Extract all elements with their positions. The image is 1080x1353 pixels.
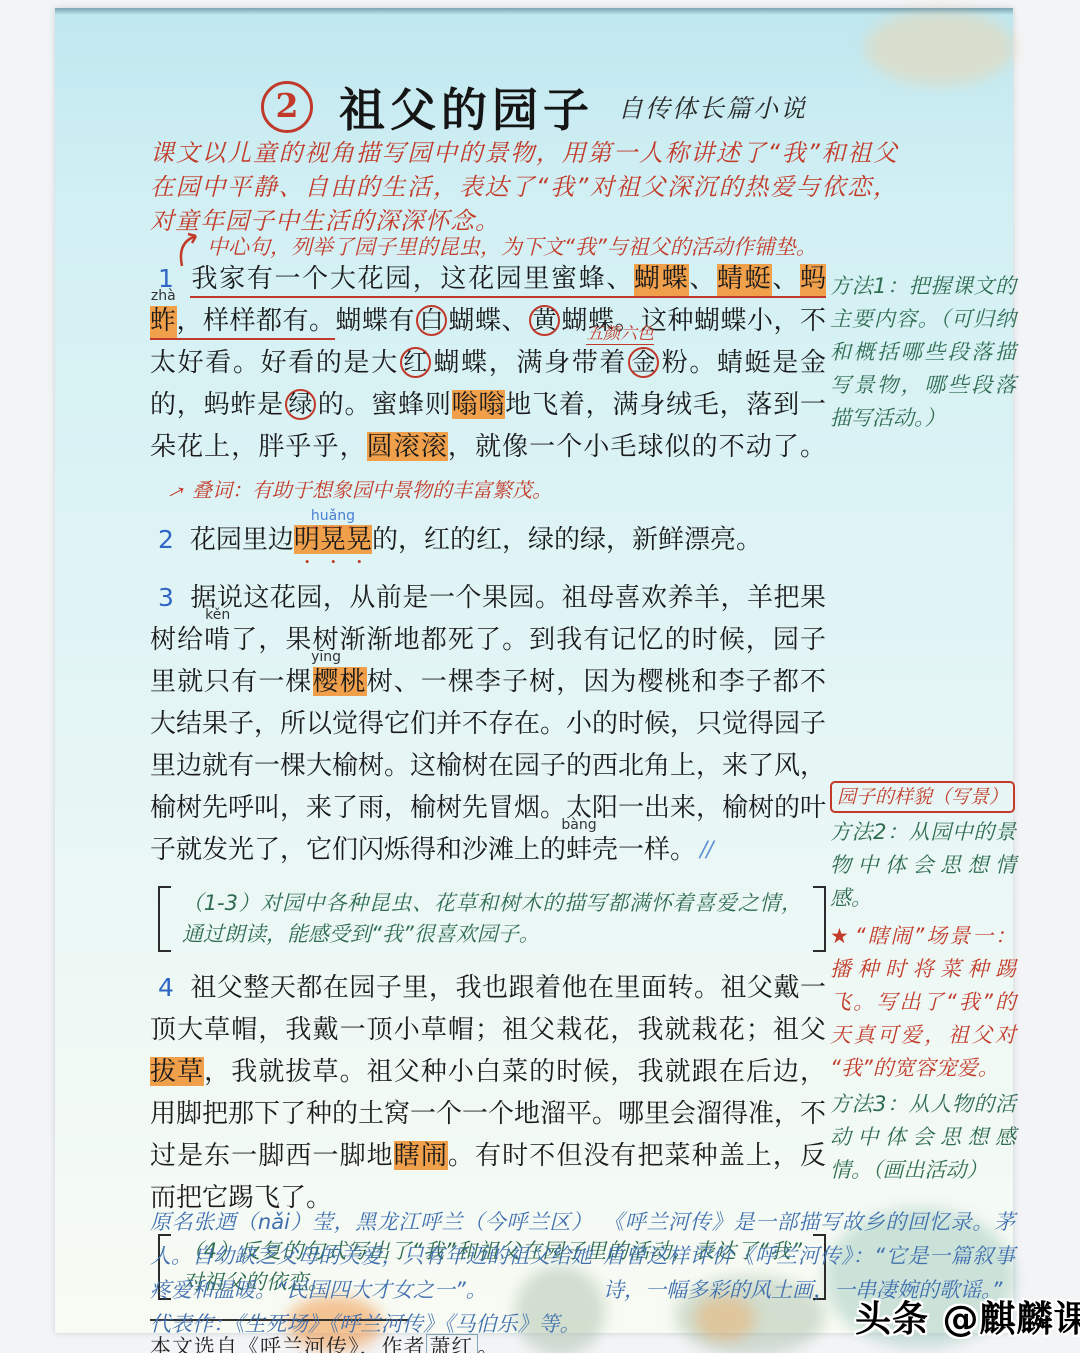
text-segment: 瞎闹: [394, 1141, 448, 1170]
text-segment: 拔草: [150, 1057, 204, 1086]
text-segment: ，就像一个小毛球似的不动了。: [448, 432, 826, 461]
text-segment: 蜻蜓: [717, 264, 772, 298]
paragraph-4: 4祖父整天都在园子里，我也跟着他在里面转。祖父戴一顶大草帽，我戴一顶小草帽；祖父…: [150, 967, 826, 1219]
text-segment: →: [154, 464, 197, 513]
text-segment: 的。蜜蜂则: [317, 390, 452, 419]
text-segment: 晃huǎng: [320, 525, 346, 554]
margin-note-method2: 方法2：从园中的景物中体会思想情感。: [830, 816, 1016, 915]
author-bio-p2: 代表作：《生死场》《呼兰河传》《马伯乐》等。: [150, 1307, 592, 1341]
text-segment: 蚂: [800, 264, 826, 298]
margin-note-scene1: ★“瞎闹”场景一：播种时将菜种踢飞。写出了“我”的天真可爱，祖父对“我”的宽容宠…: [830, 920, 1016, 1085]
scene1-text: “瞎闹”场景一：播种时将菜种踢飞。写出了“我”的天真可爱，祖父对“我”的宽容宠爱…: [830, 924, 1016, 1080]
paragraph-1: 1我家有一个大花园，这花园里蜜蜂、蝴蝶、蜻蜓、蚂蚱zhà，样样都有。蝴蝶有白蝴蝶…: [150, 258, 826, 511]
lesson-number-badge: 2: [261, 81, 313, 133]
star-icon: ★: [830, 924, 851, 948]
author-bio-p1: 原名张迺（nǎi）莹，黑龙江呼兰（今呼兰区）人。自幼缺乏父母的关爱，只有年迈的祖…: [150, 1205, 592, 1307]
text-segment: 蝴蝶有: [335, 306, 415, 335]
lesson-summary: 课文以儿童的视角描写园中的景物，用第一人称讲述了“我”和祖父在园中平静、自由的生…: [150, 136, 898, 238]
text-segment: ，样样都有。: [177, 306, 336, 340]
author-bio-column: 原名张迺（nǎi）莹，黑龙江呼兰（今呼兰区）人。自幼缺乏父母的关爱，只有年迈的祖…: [150, 1205, 592, 1341]
text-segment: 啃kěn: [204, 625, 231, 654]
inline-annotation: 五颜六色: [586, 326, 654, 345]
text-segment: 桃: [340, 667, 367, 696]
textbook-page: 2 祖父的园子 自传体长篇小说 课文以儿童的视角描写园中的景物，用第一人称讲述了…: [55, 8, 1013, 1333]
pinyin-label: huǎng: [311, 508, 355, 532]
page-title: 祖父的园子: [339, 85, 594, 136]
text-segment: 嗡嗡: [452, 390, 506, 419]
text-segment: 红: [400, 347, 431, 378]
text-segment: 壳一样。: [592, 835, 696, 864]
text-segment: 黄: [529, 305, 560, 336]
paragraph-2: 2花园里边明晃huǎng晃的，红的红，绿的绿，新鲜漂亮。: [150, 519, 826, 569]
margin-note-method3: 方法3：从人物的活动中体会思想感情。（画出活动）: [830, 1088, 1016, 1187]
watermark: 头条 @麒麟课堂: [855, 1291, 1080, 1342]
pinyin-label: kěn: [205, 608, 230, 622]
text-segment: 樱yīng: [313, 667, 340, 696]
paragraphs: 1我家有一个大花园，这花园里蜜蜂、蝴蝶、蜻蜓、蚂蚱zhà，样样都有。蝴蝶有白蝴蝶…: [150, 258, 826, 1353]
text-segment: 金五颜六色: [628, 347, 659, 378]
main-text-column: 1我家有一个大花园，这花园里蜜蜂、蝴蝶、蜻蜓、蚂蚱zhà，样样都有。蝴蝶有白蝴蝶…: [150, 258, 826, 1353]
bracket-note-1: （1-3）对园中各种昆虫、花草和树木的描写都满怀着喜爱之情，通过朗读，能感受到“…: [158, 883, 826, 955]
text-segment: 圆滚滚: [367, 432, 448, 461]
text-segment: 蝴蝶、: [448, 306, 528, 335]
title-row: 2 祖父的园子 自传体长篇小说: [55, 74, 1013, 140]
textbook-screenshot: { "colors":{ "accent_red":"#c23a28", "hi…: [0, 0, 1080, 1353]
text-segment: 祖父整天都在园子里，我也跟着他在里面转。祖父戴一顶大草帽，我戴一顶小草帽；祖父栽…: [150, 973, 826, 1044]
text-segment: 叠词：有助于想象园中景物的丰富繁茂。: [192, 478, 552, 502]
paragraph-number: 3: [158, 583, 174, 612]
genre-tag: 自传体长篇小说: [618, 96, 807, 123]
text-segment: //: [696, 835, 712, 864]
text-segment: 我家有一个大花园，这花园里蜜蜂、: [190, 264, 634, 298]
scene-label-box: 园子的样貌（写景）: [830, 781, 1015, 813]
text-segment: 白: [416, 305, 447, 336]
text-segment: 、: [689, 264, 717, 298]
paragraph-number: 2: [158, 525, 174, 554]
pinyin-label: bàng: [561, 818, 596, 832]
paragraph-number: 4: [158, 973, 174, 1002]
pinyin-label: yīng: [311, 650, 341, 664]
text-segment: 、: [772, 264, 800, 298]
center-note-text: 中心句，列举了园子里的昆虫，为下文“我”与祖父的活动作铺垫。: [207, 235, 817, 259]
text-segment: 绿: [285, 389, 316, 420]
pinyin-label: zhà: [151, 289, 176, 303]
text-segment: 蝴蝶: [634, 264, 689, 298]
text-segment: 的，红的红，绿的绿，新鲜漂亮。: [372, 525, 762, 554]
margin-note-scene-label: 园子的样貌（写景）: [830, 781, 1016, 813]
text-segment: 蚱zhà: [150, 306, 177, 340]
paragraph-3: 3据说这花园，从前是一个果园。祖母喜欢养羊，羊把果树给啃kěn了，果树渐渐地都死…: [150, 577, 826, 871]
text-segment: 花园里边: [190, 525, 294, 554]
text-segment: 树、一棵李子树，因为樱桃和李子都不大结果子，所以觉得它们并不存在。小的时候，只觉…: [150, 667, 826, 864]
text-segment: 蝴蝶，满身带着: [432, 348, 627, 377]
text-segment: 蚌bàng: [566, 835, 592, 864]
margin-note-method1: 方法1：把握课文的主要内容。（可归纳和概括哪些段落描写景物，哪些段落描写活动。）: [830, 270, 1016, 435]
